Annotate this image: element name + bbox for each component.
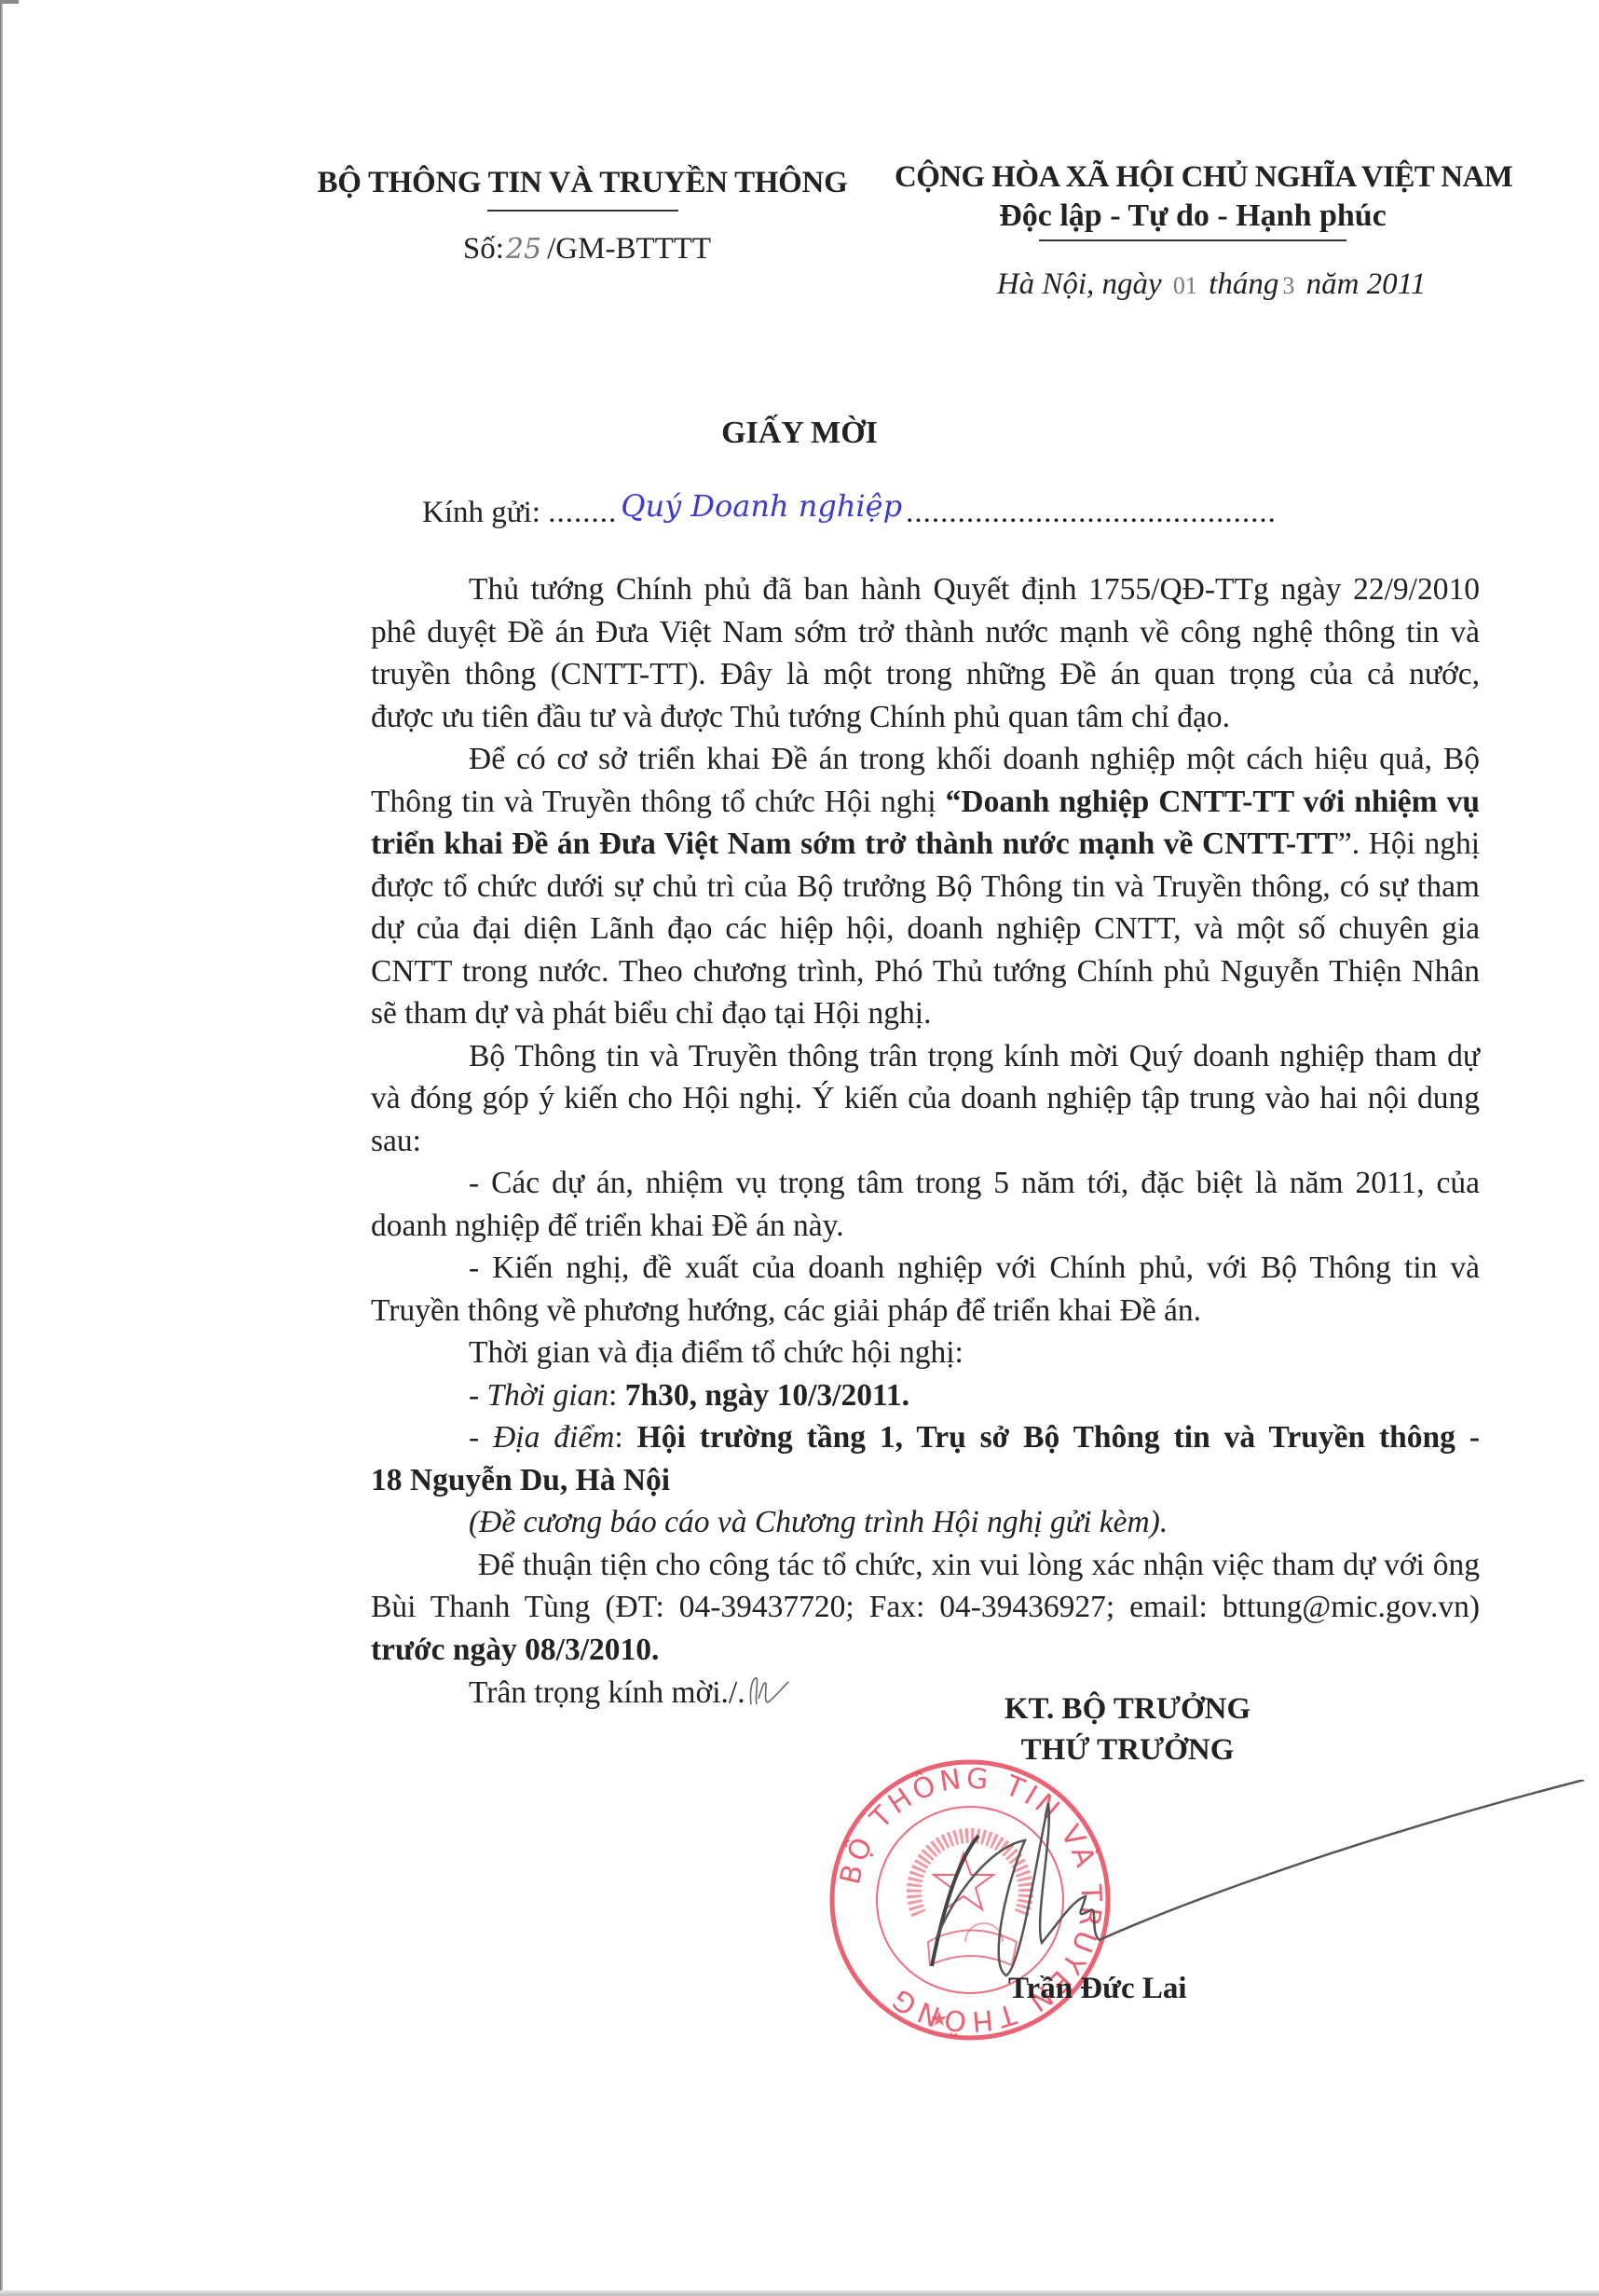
paragraph-decision: Thủ tướng Chính phủ đã ban hành Quyết đị… — [371, 568, 1480, 738]
year-text: năm 2011 — [1306, 267, 1427, 301]
attachment-note: (Đề cương báo cáo và Chương trình Hội ng… — [371, 1501, 1480, 1544]
recipient-handwritten: Quý Doanh nghiệp — [621, 488, 902, 524]
scan-edge-top — [0, 0, 19, 4]
event-place: - Địa điểm: Hội trường tầng 1, Trụ sở Bộ… — [371, 1416, 1480, 1459]
national-motto: Độc lập - Tự do - Hạnh phúc — [895, 198, 1491, 234]
letter-body: Thủ tướng Chính phủ đã ban hành Quyết đị… — [371, 568, 1480, 1715]
paragraph-conference: Để có cơ sở triển khai Đề án trong khối … — [371, 738, 1480, 1035]
initials-icon — [745, 1671, 790, 1708]
handwritten-signature-icon — [922, 1780, 1593, 2003]
text-line: sau: — [371, 1120, 1480, 1163]
contact-details: Bùi Thanh Tùng (ĐT: 04-39437720; Fax: 04… — [371, 1586, 1480, 1629]
month-handwritten: 3 — [1282, 272, 1294, 299]
signatory-line2: THỨ TRƯỞNG — [941, 1729, 1314, 1770]
event-place-address: 18 Nguyễn Du, Hà Nội — [371, 1459, 1480, 1502]
month-label: tháng — [1209, 267, 1278, 301]
rsvp-deadline: trước ngày 08/3/2010. — [371, 1629, 1480, 1672]
svg-text:★: ★ — [930, 2008, 949, 2031]
salutation: Kính gửi: ........Quý Doanh nghiệp......… — [422, 494, 1277, 530]
signatory-title: KT. BỘ TRƯỞNG THỨ TRƯỞNG — [941, 1688, 1314, 1770]
dotted-line: ........................................… — [906, 496, 1277, 529]
signatory-name: Trần Đức Lai — [1008, 1972, 1187, 2006]
text-line: Thông tin và Truyền thông tổ chức Hội ng… — [371, 781, 1480, 824]
text-line: phê duyệt Đề án Đưa Việt Nam sớm trở thà… — [371, 611, 1480, 654]
nation-name: CỘNG HÒA XÃ HỘI CHỦ NGHĨA VIỆT NAM — [895, 160, 1491, 195]
text-line: được ưu tiên đầu tư và được Thủ tướng Ch… — [371, 696, 1480, 739]
time-place-intro: Thời gian và địa điểm tổ chức hội nghị: — [371, 1332, 1480, 1374]
day-handwritten: 01 — [1173, 272, 1197, 299]
text-line: Truyền thông về phương hướng, các giải p… — [371, 1290, 1480, 1332]
paragraph-invitation: Bộ Thông tin và Truyền thông trân trọng … — [371, 1035, 1480, 1163]
text-line: Thủ tướng Chính phủ đã ban hành Quyết đị… — [371, 568, 1480, 611]
text-line: triển khai Đề án Đưa Việt Nam sớm trở th… — [371, 823, 1480, 866]
text-line: - Các dự án, nhiệm vụ trọng tâm trong 5 … — [371, 1162, 1480, 1205]
doc-number-prefix: Số: — [463, 232, 504, 266]
text-line: Để thuận tiện cho công tác tổ chức, xin … — [371, 1544, 1480, 1587]
text-line: dự của đại diện Lãnh đạo các hiệp hội, d… — [371, 908, 1480, 950]
place-date-prefix: Hà Nội, ngày — [997, 267, 1162, 301]
organization-underline — [487, 210, 678, 212]
event-time: - Thời gian: 7h30, ngày 10/3/2011. — [371, 1374, 1480, 1417]
document-title: GIẤY MỜI — [0, 416, 1599, 451]
text-line: CNTT trong nước. Theo chương trình, Phó … — [371, 950, 1480, 993]
place-date: Hà Nội, ngày 01 tháng3 năm 2011 — [895, 267, 1491, 302]
scan-edge-left — [0, 0, 3, 2296]
text-line: và đóng góp ý kiến cho Hội nghị. Ý kiến … — [371, 1077, 1480, 1120]
doc-number-handwritten: 25 — [506, 233, 541, 266]
text-line: truyền thông (CNTT-TT). Đây là một trong… — [371, 653, 1480, 696]
dotted-line: ........ — [548, 496, 617, 529]
bullet-proposals: - Kiến nghị, đề xuất của doanh nghiệp vớ… — [371, 1247, 1480, 1332]
text-line: - Kiến nghị, đề xuất của doanh nghiệp vớ… — [371, 1247, 1480, 1290]
signatory-line1: KT. BỘ TRƯỞNG — [941, 1688, 1314, 1729]
salutation-label: Kính gửi: — [422, 496, 540, 529]
motto-underline — [1039, 239, 1346, 241]
text-line: Để có cơ sở triển khai Đề án trong khối … — [371, 738, 1480, 781]
document-number: Số:25/GM-BTTTT — [307, 232, 857, 266]
issuer-block: BỘ THÔNG TIN VÀ TRUYỀN THÔNG Số:25/GM-BT… — [307, 166, 857, 266]
text-line: doanh nghiệp để triển khai Đề án này. — [371, 1205, 1480, 1248]
organization-name: BỘ THÔNG TIN VÀ TRUYỀN THÔNG — [307, 166, 857, 200]
scan-edge-bottom — [0, 2290, 1599, 2296]
national-heading: CỘNG HÒA XÃ HỘI CHỦ NGHĨA VIỆT NAM Độc l… — [895, 160, 1491, 302]
text-line: Bộ Thông tin và Truyền thông trân trọng … — [371, 1035, 1480, 1078]
doc-number-suffix: /GM-BTTTT — [547, 232, 711, 266]
text-line: sẽ tham dự và phát biểu chỉ đạo tại Hội … — [371, 992, 1480, 1035]
text-line: được tổ chức dưới sự chủ trì của Bộ trưở… — [371, 866, 1480, 909]
bullet-projects: - Các dự án, nhiệm vụ trọng tâm trong 5 … — [371, 1162, 1480, 1247]
